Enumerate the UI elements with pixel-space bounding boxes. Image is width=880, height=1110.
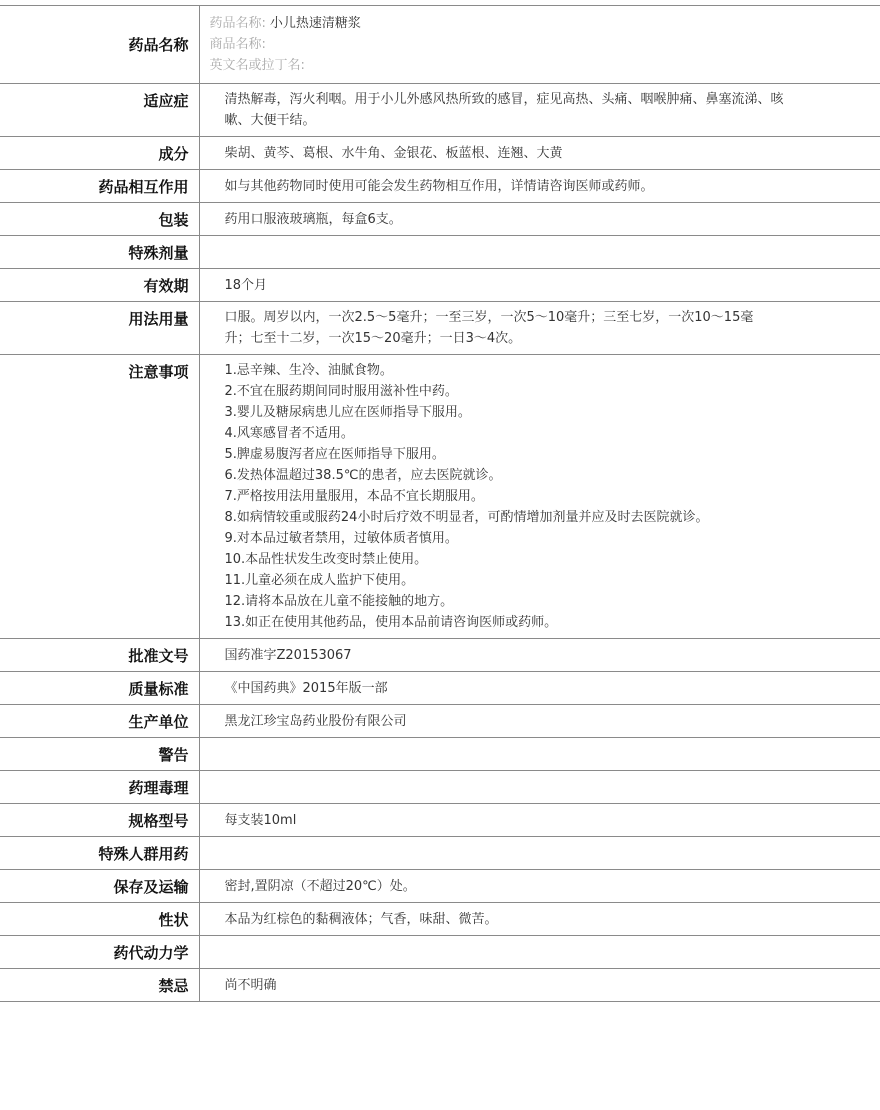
row-approval-number: 批准文号 国药准字Z20153067 bbox=[0, 639, 880, 672]
label-usage: 用法用量 bbox=[0, 302, 199, 355]
value-warning bbox=[199, 738, 880, 771]
value-precautions: 1.忌辛辣、生冷、油腻食物。 2.不宜在服药期间同时服用滋补性中药。 3.婴儿及… bbox=[199, 355, 880, 639]
precaution-item: 11.儿童必须在成人监护下使用。 bbox=[225, 570, 880, 591]
row-special-dosage: 特殊剂量 bbox=[0, 236, 880, 269]
value-packaging: 药用口服液玻璃瓶，每盒6支。 bbox=[199, 203, 880, 236]
row-indications: 适应症 清热解毒，泻火利咽。用于小儿外感风热所致的感冒，症见高热、头痛、咽喉肿痛… bbox=[0, 84, 880, 137]
row-ingredients: 成分 柴胡、黄芩、葛根、水牛角、金银花、板蓝根、连翘、大黄 bbox=[0, 137, 880, 170]
value-pharmacokinetics bbox=[199, 936, 880, 969]
value-contraindications: 尚不明确 bbox=[199, 969, 880, 1002]
precaution-item: 6.发热体温超过38.5℃的患者，应去医院就诊。 bbox=[225, 465, 880, 486]
label-pharmacology-toxicology: 药理毒理 bbox=[0, 771, 199, 804]
english-name-line: 英文名或拉丁名: bbox=[210, 55, 880, 76]
value-indications: 清热解毒，泻火利咽。用于小儿外感风热所致的感冒，症见高热、头痛、咽喉肿痛、鼻塞流… bbox=[199, 84, 880, 137]
usage-text: 口服。周岁以内，一次2.5～5毫升；一至三岁，一次5～10毫升；三至七岁，一次1… bbox=[225, 307, 765, 349]
precaution-item: 3.婴儿及糖尿病患儿应在医师指导下服用。 bbox=[225, 402, 880, 423]
row-pharmacokinetics: 药代动力学 bbox=[0, 936, 880, 969]
row-pharmacology-toxicology: 药理毒理 bbox=[0, 771, 880, 804]
value-pharmacology-toxicology bbox=[199, 771, 880, 804]
precaution-item: 9.对本品过敏者禁用，过敏体质者慎用。 bbox=[225, 528, 880, 549]
label-contraindications: 禁忌 bbox=[0, 969, 199, 1002]
precaution-item: 2.不宜在服药期间同时服用滋补性中药。 bbox=[225, 381, 880, 402]
drug-spec-table: 药品名称 药品名称:小儿热速清糖浆 商品名称: 英文名或拉丁名: 适应症 清热解… bbox=[0, 5, 880, 1002]
row-warning: 警告 bbox=[0, 738, 880, 771]
label-precautions: 注意事项 bbox=[0, 355, 199, 639]
english-name-label: 英文名或拉丁名: bbox=[210, 58, 305, 73]
value-drug-name: 药品名称:小儿热速清糖浆 商品名称: 英文名或拉丁名: bbox=[199, 6, 880, 84]
label-description: 性状 bbox=[0, 903, 199, 936]
precaution-item: 13.如正在使用其他药品，使用本品前请咨询医师或药师。 bbox=[225, 612, 880, 633]
indications-text: 清热解毒，泻火利咽。用于小儿外感风热所致的感冒，症见高热、头痛、咽喉肿痛、鼻塞流… bbox=[225, 89, 795, 131]
precaution-item: 7.严格按用法用量服用，本品不宜长期服用。 bbox=[225, 486, 880, 507]
label-indications: 适应症 bbox=[0, 84, 199, 137]
generic-name-line: 药品名称:小儿热速清糖浆 bbox=[210, 13, 880, 34]
row-manufacturer: 生产单位 黑龙江珍宝岛药业股份有限公司 bbox=[0, 705, 880, 738]
label-ingredients: 成分 bbox=[0, 137, 199, 170]
row-interactions: 药品相互作用 如与其他药物同时使用可能会发生药物相互作用，详情请咨询医师或药师。 bbox=[0, 170, 880, 203]
row-shelf-life: 有效期 18个月 bbox=[0, 269, 880, 302]
label-special-populations: 特殊人群用药 bbox=[0, 837, 199, 870]
row-specification: 规格型号 每支装10ml bbox=[0, 804, 880, 837]
row-special-populations: 特殊人群用药 bbox=[0, 837, 880, 870]
value-special-populations bbox=[199, 837, 880, 870]
row-usage: 用法用量 口服。周岁以内，一次2.5～5毫升；一至三岁，一次5～10毫升；三至七… bbox=[0, 302, 880, 355]
trade-name-line: 商品名称: bbox=[210, 34, 880, 55]
value-storage-transport: 密封,置阴凉（不超过20℃）处。 bbox=[199, 870, 880, 903]
label-interactions: 药品相互作用 bbox=[0, 170, 199, 203]
precaution-item: 1.忌辛辣、生冷、油腻食物。 bbox=[225, 360, 880, 381]
precaution-item: 5.脾虚易腹泻者应在医师指导下服用。 bbox=[225, 444, 880, 465]
label-shelf-life: 有效期 bbox=[0, 269, 199, 302]
trade-name-label: 商品名称: bbox=[210, 37, 266, 52]
precaution-item: 10.本品性状发生改变时禁止使用。 bbox=[225, 549, 880, 570]
value-ingredients: 柴胡、黄芩、葛根、水牛角、金银花、板蓝根、连翘、大黄 bbox=[199, 137, 880, 170]
value-usage: 口服。周岁以内，一次2.5～5毫升；一至三岁，一次5～10毫升；三至七岁，一次1… bbox=[199, 302, 880, 355]
row-packaging: 包装 药用口服液玻璃瓶，每盒6支。 bbox=[0, 203, 880, 236]
row-storage-transport: 保存及运输 密封,置阴凉（不超过20℃）处。 bbox=[0, 870, 880, 903]
value-interactions: 如与其他药物同时使用可能会发生药物相互作用，详情请咨询医师或药师。 bbox=[199, 170, 880, 203]
label-pharmacokinetics: 药代动力学 bbox=[0, 936, 199, 969]
value-quality-standard: 《中国药典》2015年版一部 bbox=[199, 672, 880, 705]
row-description: 性状 本品为红棕色的黏稠液体；气香，味甜、微苦。 bbox=[0, 903, 880, 936]
label-approval-number: 批准文号 bbox=[0, 639, 199, 672]
label-drug-name: 药品名称 bbox=[0, 6, 199, 84]
value-description: 本品为红棕色的黏稠液体；气香，味甜、微苦。 bbox=[199, 903, 880, 936]
label-quality-standard: 质量标准 bbox=[0, 672, 199, 705]
generic-name-label: 药品名称: bbox=[210, 16, 266, 31]
value-approval-number: 国药准字Z20153067 bbox=[199, 639, 880, 672]
label-manufacturer: 生产单位 bbox=[0, 705, 199, 738]
precaution-item: 4.风寒感冒者不适用。 bbox=[225, 423, 880, 444]
label-warning: 警告 bbox=[0, 738, 199, 771]
value-manufacturer: 黑龙江珍宝岛药业股份有限公司 bbox=[199, 705, 880, 738]
row-quality-standard: 质量标准 《中国药典》2015年版一部 bbox=[0, 672, 880, 705]
row-precautions: 注意事项 1.忌辛辣、生冷、油腻食物。 2.不宜在服药期间同时服用滋补性中药。 … bbox=[0, 355, 880, 639]
row-drug-name: 药品名称 药品名称:小儿热速清糖浆 商品名称: 英文名或拉丁名: bbox=[0, 6, 880, 84]
label-packaging: 包装 bbox=[0, 203, 199, 236]
label-storage-transport: 保存及运输 bbox=[0, 870, 199, 903]
row-contraindications: 禁忌 尚不明确 bbox=[0, 969, 880, 1002]
generic-name-value: 小儿热速清糖浆 bbox=[270, 16, 361, 31]
value-shelf-life: 18个月 bbox=[199, 269, 880, 302]
value-special-dosage bbox=[199, 236, 880, 269]
precaution-item: 12.请将本品放在儿童不能接触的地方。 bbox=[225, 591, 880, 612]
value-specification: 每支装10ml bbox=[199, 804, 880, 837]
precaution-item: 8.如病情较重或服药24小时后疗效不明显者，可酌情增加剂量并应及时去医院就诊。 bbox=[225, 507, 880, 528]
label-special-dosage: 特殊剂量 bbox=[0, 236, 199, 269]
label-specification: 规格型号 bbox=[0, 804, 199, 837]
